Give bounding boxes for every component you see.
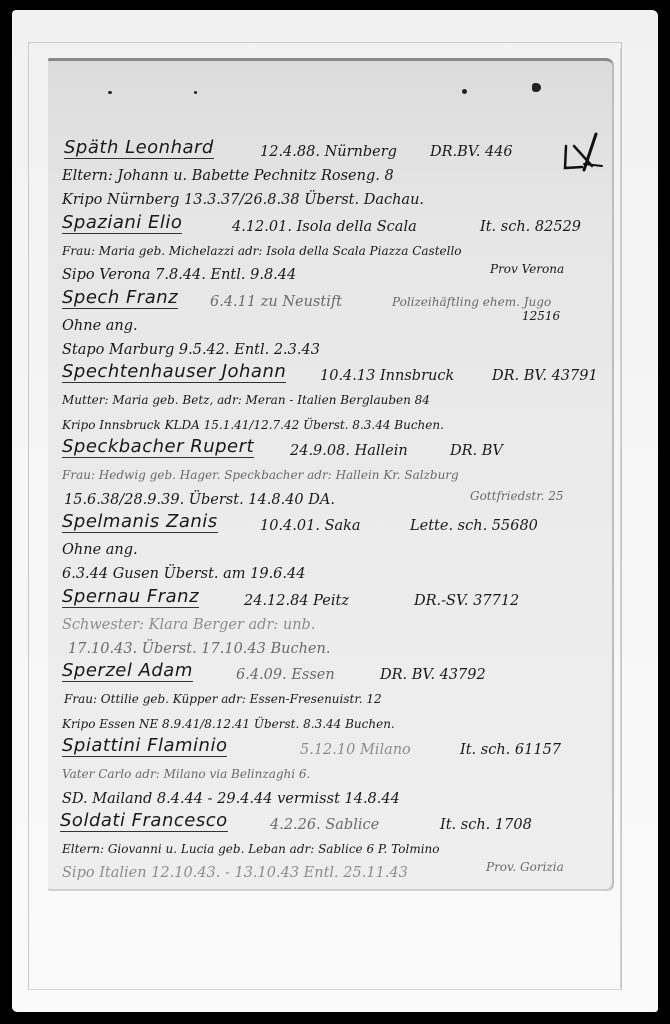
entry-name: Spernau Franz (62, 587, 199, 608)
entry-category: It. sch. 61157 (460, 738, 561, 762)
entry-name: Spelmanis Zanis (62, 512, 218, 533)
entry-header: Spernau Franz 24.12.84 Peitz DR.-SV. 377… (60, 587, 610, 613)
speck (462, 89, 467, 94)
entry-line: Mutter: Maria geb. Betz, adr: Meran - It… (60, 388, 610, 412)
entry-category: DR. BV. 43791 (492, 364, 598, 388)
entry-name: Sperzel Adam (62, 661, 193, 682)
entry-birth: 24.12.84 Peitz (244, 589, 349, 613)
entry-birth: 4.12.01. Isola della Scala (232, 215, 417, 239)
entry-header: Spechtenhauser Johann 10.4.13 Innsbruck … (60, 362, 610, 388)
entry-header: Soldati Francesco 4.2.26. Sablice It. sc… (60, 811, 610, 837)
speck (108, 91, 112, 94)
entry-category: It. sch. 82529 (480, 215, 581, 239)
entry-birth: 6.4.09. Essen (236, 663, 335, 687)
entry-name: Spechtenhauser Johann (62, 362, 286, 383)
entry-header: Speckbacher Rupert 24.9.08. Hallein DR. … (60, 437, 610, 463)
entry-name: Spiattini Flaminio (62, 736, 227, 757)
entry-header: Spech Franz 6.4.11 zu Neustift Polizeihä… (60, 288, 610, 314)
entry-header: Späth Leonhard 12.4.88. Nürnberg DR.BV. … (60, 138, 610, 164)
entry-birth: 12.4.88. Nürnberg (260, 140, 397, 164)
entry-header: Spaziani Elio 4.12.01. Isola della Scala… (60, 213, 610, 239)
entry-line: SD. Mailand 8.4.44 - 29.4.44 vermisst 14… (60, 787, 610, 811)
entry-birth: 4.2.26. Sablice (270, 813, 379, 837)
entry-line: Eltern: Johann u. Babette Pechnitz Rosen… (60, 164, 610, 188)
entry-note: Gottfriedstr. 25 (470, 484, 564, 508)
speck (194, 91, 197, 94)
entry-line: Sipo Verona 7.8.44. Entl. 9.8.44 Prov Ve… (60, 263, 610, 287)
entry-line: Frau: Ottilie geb. Küpper adr: Essen-Fre… (60, 687, 610, 711)
entry-note: Prov Verona (490, 257, 564, 281)
entry-line: Kripo Essen NE 8.9.41/8.12.41 Überst. 8.… (60, 712, 610, 736)
speck (532, 83, 541, 92)
entry-note: Prov. Gorizia (486, 855, 564, 879)
entry-line: Kripo Innsbruck KLDA 15.1.41/12.7.42 Übe… (60, 413, 610, 437)
entry-line: Kripo Nürnberg 13.3.37/26.8.38 Überst. D… (60, 188, 610, 212)
frame-line (620, 48, 621, 988)
entry-header: Spiattini Flaminio 5.12.10 Milano It. sc… (60, 736, 610, 762)
entry-birth: 24.9.08. Hallein (290, 439, 408, 463)
card-entries: Späth Leonhard 12.4.88. Nürnberg DR.BV. … (60, 138, 610, 886)
entry-line: Sipo Italien 12.10.43. - 13.10.43 Entl. … (60, 861, 610, 885)
entry-name: Spaziani Elio (62, 213, 182, 234)
entry-line: 17.10.43. Überst. 17.10.43 Buchen. (60, 637, 610, 661)
entry-header: Spelmanis Zanis 10.4.01. Saka Lette. sch… (60, 512, 610, 538)
entry-line: Ohne ang. (60, 538, 610, 562)
entry-category: Lette. sch. 55680 (410, 514, 538, 538)
entry-name: Speckbacher Rupert (62, 437, 254, 458)
entry-line: 15.6.38/28.9.39. Überst. 14.8.40 DA. Got… (60, 488, 610, 512)
entry-line: Stapo Marburg 9.5.42. Entl. 2.3.43 (60, 338, 610, 362)
entry-line: 6.3.44 Gusen Überst. am 19.6.44 (60, 562, 610, 586)
entry-birth: 10.4.01. Saka (260, 514, 361, 538)
entry-birth: 6.4.11 zu Neustift (210, 290, 342, 314)
entry-birth: 5.12.10 Milano (300, 738, 411, 762)
entry-name: Spech Franz (62, 288, 178, 309)
entry-name: Soldati Francesco (60, 811, 228, 832)
entry-header: Sperzel Adam 6.4.09. Essen DR. BV. 43792 (60, 661, 610, 687)
entry-line: Vater Carlo adr: Milano via Belinzaghi 6… (60, 762, 610, 786)
entry-category: DR. BV. 43792 (380, 663, 486, 687)
entry-line: Schwester: Klara Berger adr: unb. (60, 613, 610, 637)
entry-category: DR. BV (450, 439, 503, 463)
entry-category: DR.-SV. 37712 (414, 589, 519, 613)
entry-name: Späth Leonhard (64, 138, 214, 159)
entry-category: It. sch. 1708 (440, 813, 532, 837)
entry-category: DR.BV. 446 (430, 140, 513, 164)
entry-birth: 10.4.13 Innsbruck (320, 364, 454, 388)
entry-line: Ohne ang. (60, 314, 610, 338)
